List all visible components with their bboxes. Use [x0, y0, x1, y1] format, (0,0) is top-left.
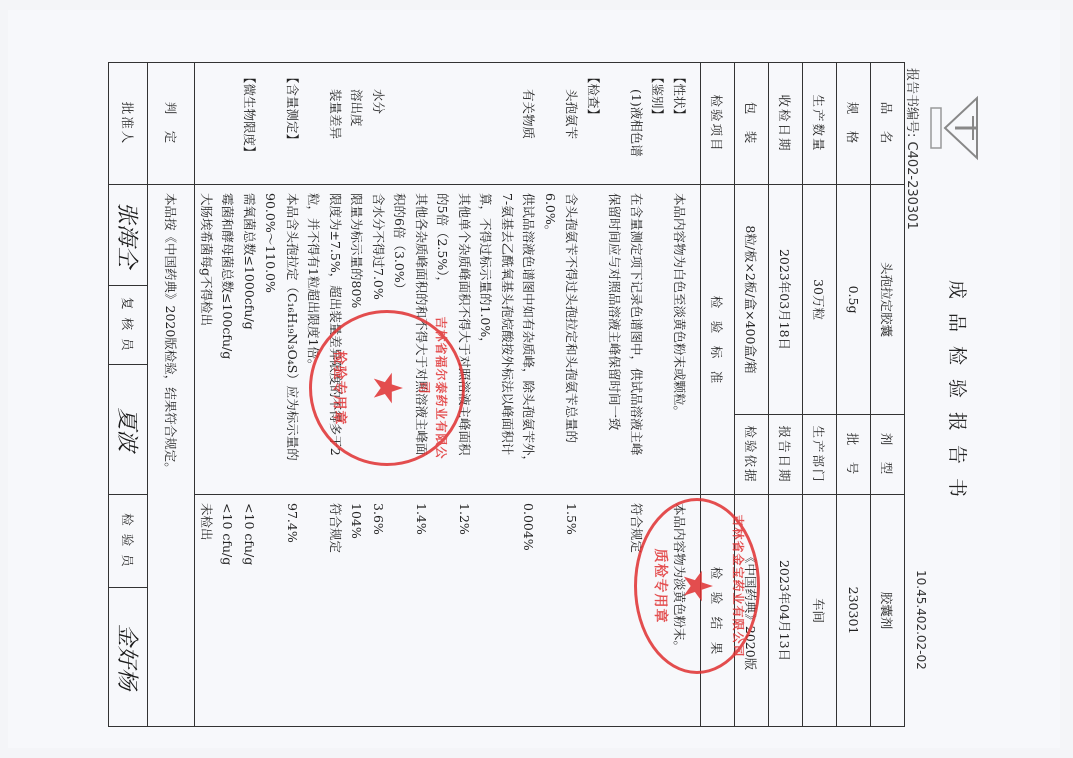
test-items-column: 【性状】【鉴别】(1)液相色谱【检查】头孢氨苄有关物质水分溶出度装量差异【含量测… [195, 63, 701, 185]
package-label: 包 装 [735, 63, 769, 185]
test-item-spacer [604, 71, 626, 176]
dosage-form-value: 胶囊剂 [871, 495, 905, 727]
test-standard-line: 本品含头孢拉定（C₁₆H₁₉N₃O₄S）应为标示量的 [282, 193, 304, 486]
test-standard-line: 6.0%。 [540, 193, 562, 486]
test-standard-line: 保留时间应与对照品溶液主峰保留时间一致 [604, 193, 626, 486]
dosage-form-label: 剂 型 [871, 415, 905, 495]
test-standard-line: 在含量测定项下记录色谱图中，供试品溶液主峰 [626, 193, 648, 486]
batch-value: 230301 [837, 495, 871, 727]
receive-date-label: 收检日期 [769, 63, 803, 185]
test-result-line: 1.2% [454, 503, 476, 718]
test-result-line [260, 503, 282, 718]
conclusion-row: 判 定 本品按《中国药典》2020版检验，结果符合规定。 [148, 63, 195, 727]
quantity-value: 30万粒 [803, 185, 837, 415]
report-date-label: 报告日期 [769, 415, 803, 495]
reviewer-label: 复 核 员 [110, 285, 148, 364]
test-results-column: 本品内容物为淡黄色粉末。符合规定1.5%0.004%1.2%1.4%3.6%10… [195, 495, 701, 727]
col-item-header: 检验项目 [701, 63, 735, 185]
test-item-spacer [411, 71, 433, 176]
test-item-spacer [196, 71, 218, 176]
test-standard-line: 本品内容物为白色至淡黄色粉末或颗粒。 [669, 193, 691, 486]
test-item-label: 水分 [368, 71, 390, 176]
dept-value: 车间 [803, 495, 837, 727]
test-standard-line: 需氧菌总数≤1000cfu/g [239, 193, 261, 486]
test-result-line: 未检出 [196, 503, 218, 718]
test-result-line: <10 cfu/g [217, 503, 239, 718]
inspection-table: 品 名 头孢拉定胶囊 剂 型 胶囊剂 规 格 0.5g 批 号 230301 生… [109, 62, 906, 727]
info-row-dates: 收检日期 2023年03月18日 报告日期 2023年04月13日 [769, 63, 803, 727]
inspection-stamp: 吉林省福尔泰药业有限公司 ★ 检验专用章 [309, 310, 465, 466]
conclusion-label: 判 定 [148, 63, 195, 185]
test-item-label: 装量差异 [325, 71, 347, 176]
test-item-label: 溶出度 [346, 71, 368, 176]
test-standard-line: 粒，并不得有1粒超出限度1倍。 [303, 193, 325, 486]
test-standard-line: 大肠埃希菌每g不得检出 [196, 193, 218, 486]
approver-signature: 张海仝 复 核 员 [109, 185, 148, 365]
info-row-spec: 规 格 0.5g 批 号 230301 [837, 63, 871, 727]
test-item-spacer [217, 71, 239, 176]
info-row-product: 品 名 头孢拉定胶囊 剂 型 胶囊剂 [871, 63, 905, 727]
test-item-spacer [260, 71, 282, 176]
test-result-line: 104% [346, 503, 368, 718]
test-result-line [389, 503, 411, 718]
test-item-spacer [475, 71, 497, 176]
test-standard-line: 霉菌和酵母菌总数≤100cfu/g [217, 193, 239, 486]
test-item-spacer [389, 71, 411, 176]
test-standard-line: 90.0%～110.0% [260, 193, 282, 486]
page-title: 成品检验报告书 [945, 280, 972, 511]
inspector-label: 检 验 员 [110, 495, 148, 587]
report-date-value: 2023年04月13日 [769, 495, 803, 727]
product-name-label: 品 名 [871, 63, 905, 185]
report-number-label: 报告书编号: [904, 68, 919, 137]
document-sheet: 报告书编号: C402-230301 成品检验报告书 10.45.402.02-… [8, 10, 1060, 748]
test-standard-line: 供试品溶液色谱图中如有杂质峰，除头孢氨苄外， [518, 193, 540, 486]
approver-label: 批准人 [109, 63, 148, 185]
test-item-spacer [303, 71, 325, 176]
inspector-signature: 金好杨 [110, 587, 148, 726]
test-result-line: 97.4% [282, 503, 304, 718]
test-standard-line: 7-氨基去乙酰氧基头孢烷酸按外标法以峰面积计 [497, 193, 519, 486]
test-standard-line [583, 193, 605, 486]
test-result-line [432, 503, 454, 718]
test-result-line: <10 cfu/g [239, 503, 261, 718]
conclusion-text: 本品按《中国药典》2020版检验，结果符合规定。 [148, 185, 195, 727]
star-icon: ★ [367, 370, 407, 406]
test-item-label: 有关物质 [518, 71, 540, 176]
test-item-label: 【检查】 [583, 71, 605, 176]
stamp-ring-text: 吉林省金宝药业有限公司 [730, 514, 747, 657]
test-result-line [475, 503, 497, 718]
spec-value: 0.5g [837, 185, 871, 415]
test-result-line [497, 503, 519, 718]
test-result-line: 0.004% [518, 503, 540, 718]
test-item-label: (1)液相色谱 [626, 71, 648, 176]
batch-label: 批 号 [837, 415, 871, 495]
test-standard-line: 含头孢氨苄不得过头孢拉定和头孢氨苄总量的 [561, 193, 583, 486]
company-logo-icon [925, 88, 985, 168]
test-item-label: 【鉴别】 [647, 71, 669, 176]
company-qc-stamp: 吉林省金宝药业有限公司 ★ 质检专用章 [634, 498, 760, 674]
receive-date-value: 2023年03月18日 [769, 185, 803, 415]
approver-signature-value: 张海仝 [110, 185, 148, 285]
test-standard-line [647, 193, 669, 486]
stamp-ring-text: 吉林省福尔泰药业有限公司 [416, 313, 450, 463]
report-page: 报告书编号: C402-230301 成品检验报告书 10.45.402.02-… [8, 10, 1060, 748]
report-number: 报告书编号: C402-230301 [904, 68, 923, 230]
test-result-line [583, 503, 605, 718]
test-item-spacer [432, 71, 454, 176]
stamp-center-text: 质检专用章 [651, 549, 671, 624]
product-name-value: 头孢拉定胶囊 [871, 185, 905, 415]
test-result-line [303, 503, 325, 718]
report-number-value: C402-230301 [904, 142, 919, 230]
test-result-line: 符合规定 [325, 503, 347, 718]
test-standard-line: 算，不得过标示量的1.0%， [475, 193, 497, 486]
test-item-spacer [497, 71, 519, 176]
test-standard-line: 其他单个杂质峰面积不得大于对照溶液主峰面积 [454, 193, 476, 486]
test-result-line: 3.6% [368, 503, 390, 718]
test-result-line: 1.4% [411, 503, 433, 718]
test-item-label: 头孢氨苄 [561, 71, 583, 176]
test-result-line: 1.5% [561, 503, 583, 718]
signature-row: 批准人 张海仝 复 核 员 夏波 检 验 员 金好杨 [109, 63, 148, 727]
test-item-label: 【性状】 [669, 71, 691, 176]
inspector-block: 检 验 员 金好杨 [109, 495, 148, 727]
col-standard-header: 检 验 标 准 [701, 185, 735, 495]
test-item-label: 【微生物限度】 [239, 71, 261, 176]
stamp-center-text: 检验专用章 [330, 351, 350, 426]
test-item-label: 【含量测定】 [282, 71, 304, 176]
info-row-quantity: 生产数量 30万粒 生产部门 车间 [803, 63, 837, 727]
test-result-line [604, 503, 626, 718]
test-result-line [540, 503, 562, 718]
test-item-spacer [540, 71, 562, 176]
star-icon: ★ [677, 568, 717, 604]
basis-label: 检验依据 [735, 415, 769, 495]
dept-label: 生产部门 [803, 415, 837, 495]
reviewer-signature: 夏波 [109, 365, 148, 495]
document-code: 10.45.402.02-02 [914, 570, 928, 670]
quantity-label: 生产数量 [803, 63, 837, 185]
package-value: 8粒/板×2板/盒×400盒/箱 [735, 185, 769, 415]
test-item-spacer [454, 71, 476, 176]
spec-label: 规 格 [837, 63, 871, 185]
